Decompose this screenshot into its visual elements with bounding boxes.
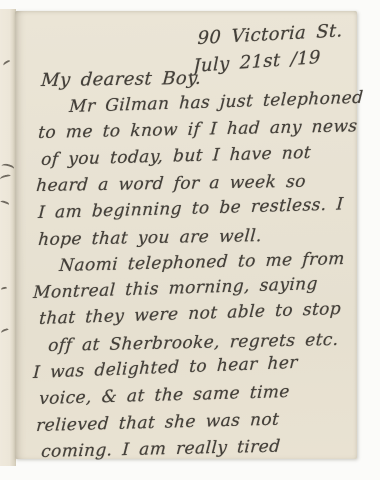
stray-ink-mark xyxy=(1,287,8,292)
scanned-letter-image: 90 Victoria St. July 21st /19 My dearest… xyxy=(0,0,380,480)
stray-ink-mark xyxy=(0,328,9,335)
stray-ink-mark xyxy=(2,59,11,67)
letter-header: 90 Victoria St. July 21st /19 xyxy=(193,18,349,68)
stray-ink-mark xyxy=(0,162,15,174)
letter-page: 90 Victoria St. July 21st /19 My dearest… xyxy=(15,11,357,459)
letter-body: My dearest Boy. Mr Gilman has just telep… xyxy=(27,70,357,469)
letter-line: coming. I am really tired xyxy=(40,435,358,469)
stray-ink-mark xyxy=(0,174,12,182)
stray-ink-mark xyxy=(0,199,10,207)
adjacent-page-edge xyxy=(0,9,16,466)
